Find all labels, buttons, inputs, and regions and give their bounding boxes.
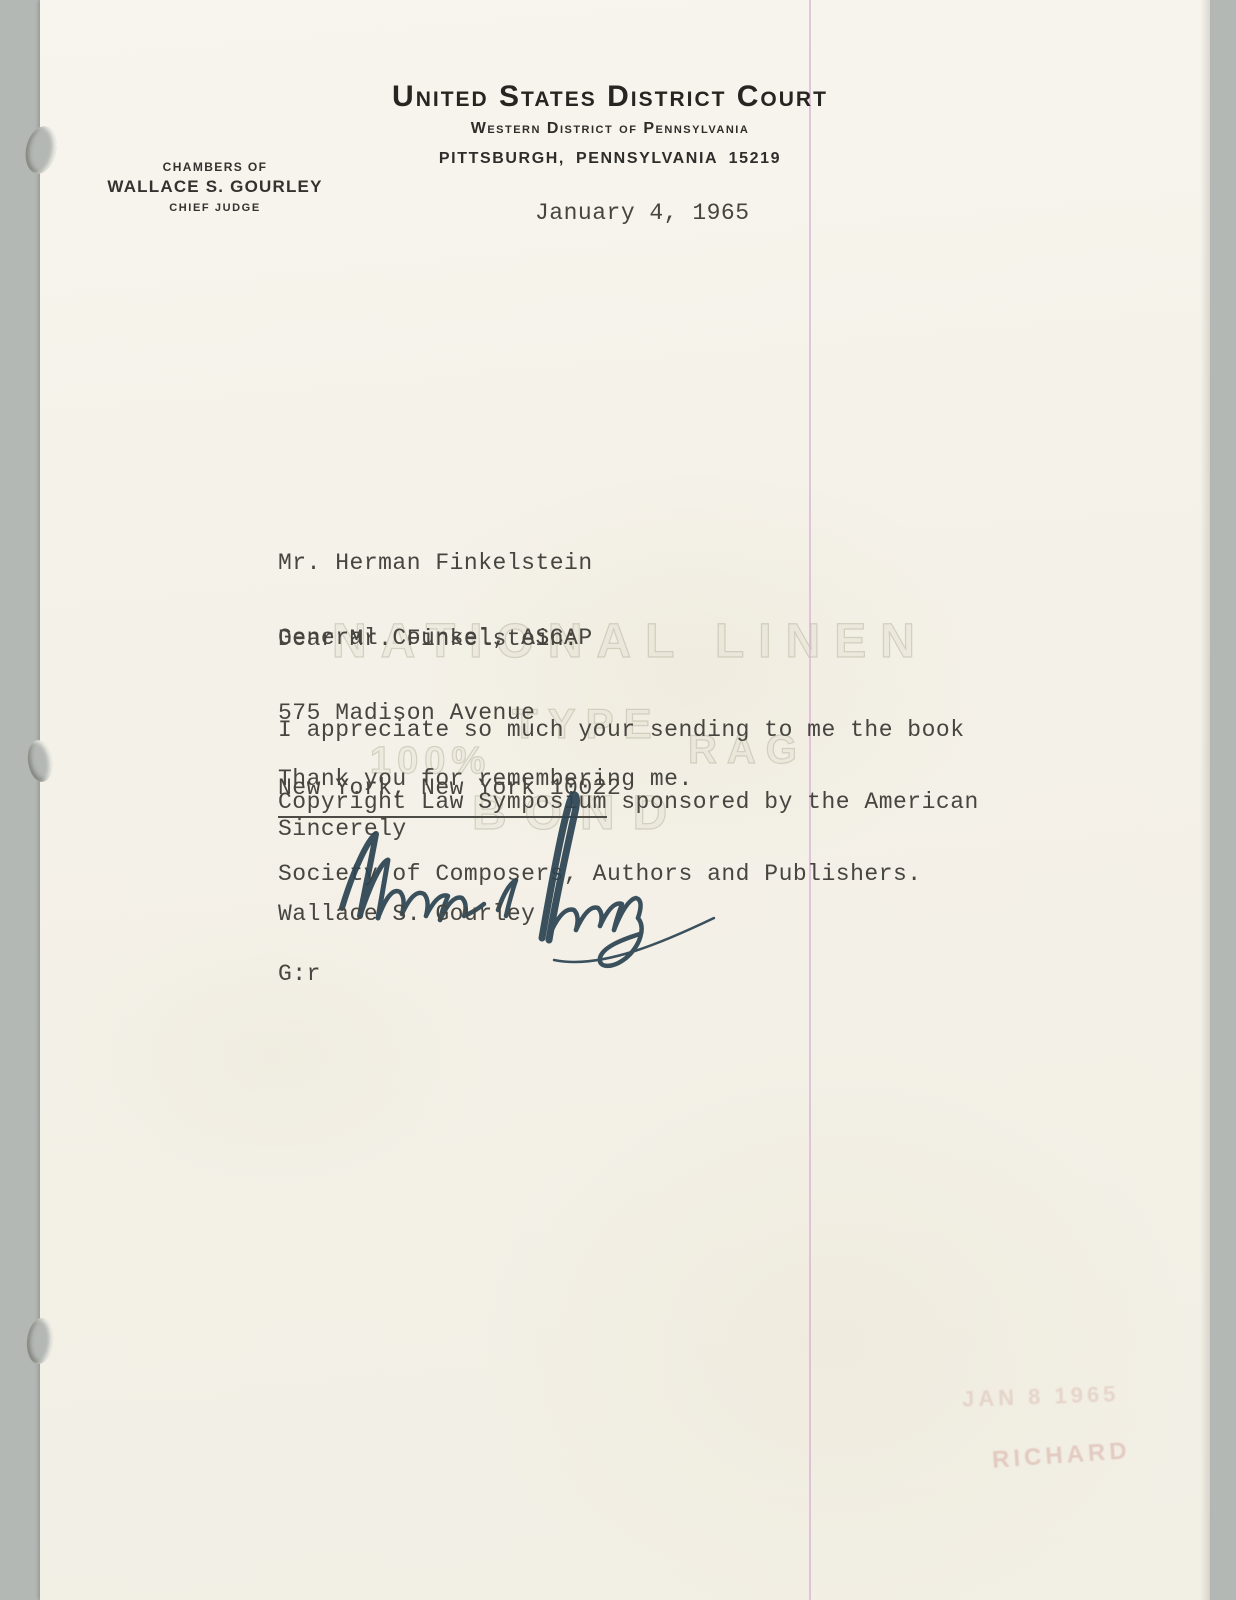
body-line-1: I appreciate so much your sending to me …: [278, 718, 979, 742]
chambers-of-label: CHAMBERS OF: [100, 160, 330, 174]
letter-paper-sheet: NATIONAL LINEN TYPE 100% RAG BOND United…: [40, 0, 1210, 1600]
letter-date: January 4, 1965: [535, 200, 750, 226]
signature-ink: [336, 788, 726, 973]
paper-tear-middle-left: [25, 739, 55, 784]
court-name: United States District Court: [40, 80, 1180, 114]
recipient-name: Mr. Herman Finkelstein: [278, 551, 621, 576]
typed-signer-name: Wallace S. Gourley: [278, 901, 535, 927]
district-name: Western District of Pennsylvania: [40, 120, 1180, 138]
handwritten-signature: [336, 788, 726, 973]
paper-tear-bottom-left: [25, 1317, 56, 1365]
judge-name: WALLACE S. GOURLEY: [100, 177, 330, 197]
typist-initials: G:r: [278, 961, 321, 987]
chief-judge-label: CHIEF JUDGE: [100, 202, 330, 214]
faint-name-stamp: RICHARD: [991, 1437, 1131, 1475]
salutation: Dear Mr. Finkelstein:: [278, 626, 578, 652]
letterhead: United States District Court Western Dis…: [40, 80, 1180, 168]
chambers-block: CHAMBERS OF WALLACE S. GOURLEY CHIEF JUD…: [100, 160, 330, 214]
faint-date-stamp: JAN 8 1965: [962, 1381, 1120, 1412]
scanned-letter-photo: { "header": { "court": "United States Di…: [0, 0, 1236, 1600]
